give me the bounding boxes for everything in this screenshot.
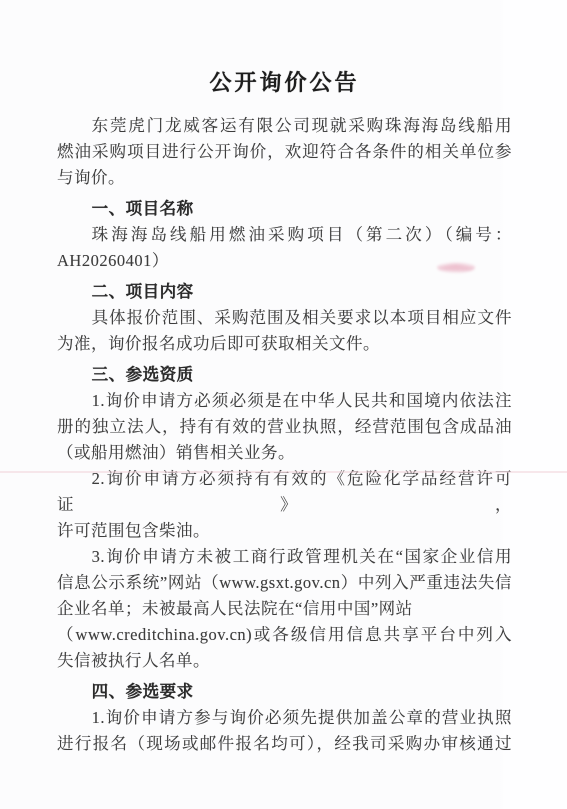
text-line: 为准，询价报名成功后即可获取相关文件。 <box>57 331 512 357</box>
text-line: 东莞虎门龙威客运有限公司现就采购珠海海岛线船用 <box>57 113 512 139</box>
paragraph: 1.询价申请方必须必须是在中华人民共和国境内依法注册的独立法人，持有有效的营业执… <box>57 388 512 466</box>
text-line: 具体报价范围、采购范围及相关要求以本项目相应文件 <box>57 305 512 331</box>
paragraph: 1.询价申请方参与询价必须先提供加盖公章的营业执照进行报名（现场或邮件报名均可）… <box>57 705 512 757</box>
text-line: 1.询价申请方必须必须是在中华人民共和国境内依法注 <box>57 388 512 414</box>
text-line: 三、参选资质 <box>57 362 512 388</box>
text-line: 册的独立法人，持有有效的营业执照，经营范围包含成品油 <box>57 414 512 440</box>
text-line: （或船用燃油）销售相关业务。 <box>57 440 512 466</box>
paragraph: 3.询价申请方未被工商行政管理机关在“国家企业信用信息公示系统”网站（www.g… <box>57 544 512 674</box>
scanned-document-page: 公开询价公告东莞虎门龙威客运有限公司现就采购珠海海岛线船用燃油采购项目进行公开询… <box>0 0 567 809</box>
paragraph: 东莞虎门龙威客运有限公司现就采购珠海海岛线船用燃油采购项目进行公开询价，欢迎符合… <box>57 113 512 191</box>
text-line: 燃油采购项目进行公开询价，欢迎符合各条件的相关单位参 <box>57 139 512 165</box>
text-line: 1.询价申请方参与询价必须先提供加盖公章的营业执照 <box>57 705 512 731</box>
text-line: 与询价。 <box>57 165 512 191</box>
document-content: 公开询价公告东莞虎门龙威客运有限公司现就采购珠海海岛线船用燃油采购项目进行公开询… <box>57 68 512 757</box>
text-line: 2.询价申请方必须持有有效的《危险化学品经营许可证》， <box>57 466 512 518</box>
text-line: 3.询价申请方未被工商行政管理机关在“国家企业信用 <box>57 544 512 570</box>
section-heading: 四、参选要求 <box>57 679 512 705</box>
section-heading: 二、项目内容 <box>57 279 512 305</box>
text-line: 失信被执行人名单。 <box>57 648 512 674</box>
section-heading: 三、参选资质 <box>57 362 512 388</box>
text-line: 二、项目内容 <box>57 279 512 305</box>
section-heading: 一、项目名称 <box>57 196 512 222</box>
text-line: 公开询价公告 <box>57 68 512 98</box>
text-line: AH20260401） <box>57 248 512 274</box>
text-line: 许可范围包含柴油。 <box>57 518 512 544</box>
paragraph: 2.询价申请方必须持有有效的《危险化学品经营许可证》，许可范围包含柴油。 <box>57 466 512 544</box>
text-line: 信息公示系统”网站（www.gsxt.gov.cn）中列入严重违法失信 <box>57 570 512 596</box>
text-line: 一、项目名称 <box>57 196 512 222</box>
paragraph: 珠海海岛线船用燃油采购项目（第二次）（编号：AH20260401） <box>57 222 512 274</box>
paragraph: 具体报价范围、采购范围及相关要求以本项目相应文件为准，询价报名成功后即可获取相关… <box>57 305 512 357</box>
text-line: 企业名单；未被最高人民法院在“信用中国”网站 <box>57 596 512 622</box>
text-line: 珠海海岛线船用燃油采购项目（第二次）（编号： <box>57 222 512 248</box>
document-title: 公开询价公告 <box>57 68 512 98</box>
text-line: 四、参选要求 <box>57 679 512 705</box>
text-line: 进行报名（现场或邮件报名均可），经我司采购办审核通过 <box>57 731 512 757</box>
text-line: （www.creditchina.gov.cn)或各级信用信息共享平台中列入 <box>57 622 512 648</box>
